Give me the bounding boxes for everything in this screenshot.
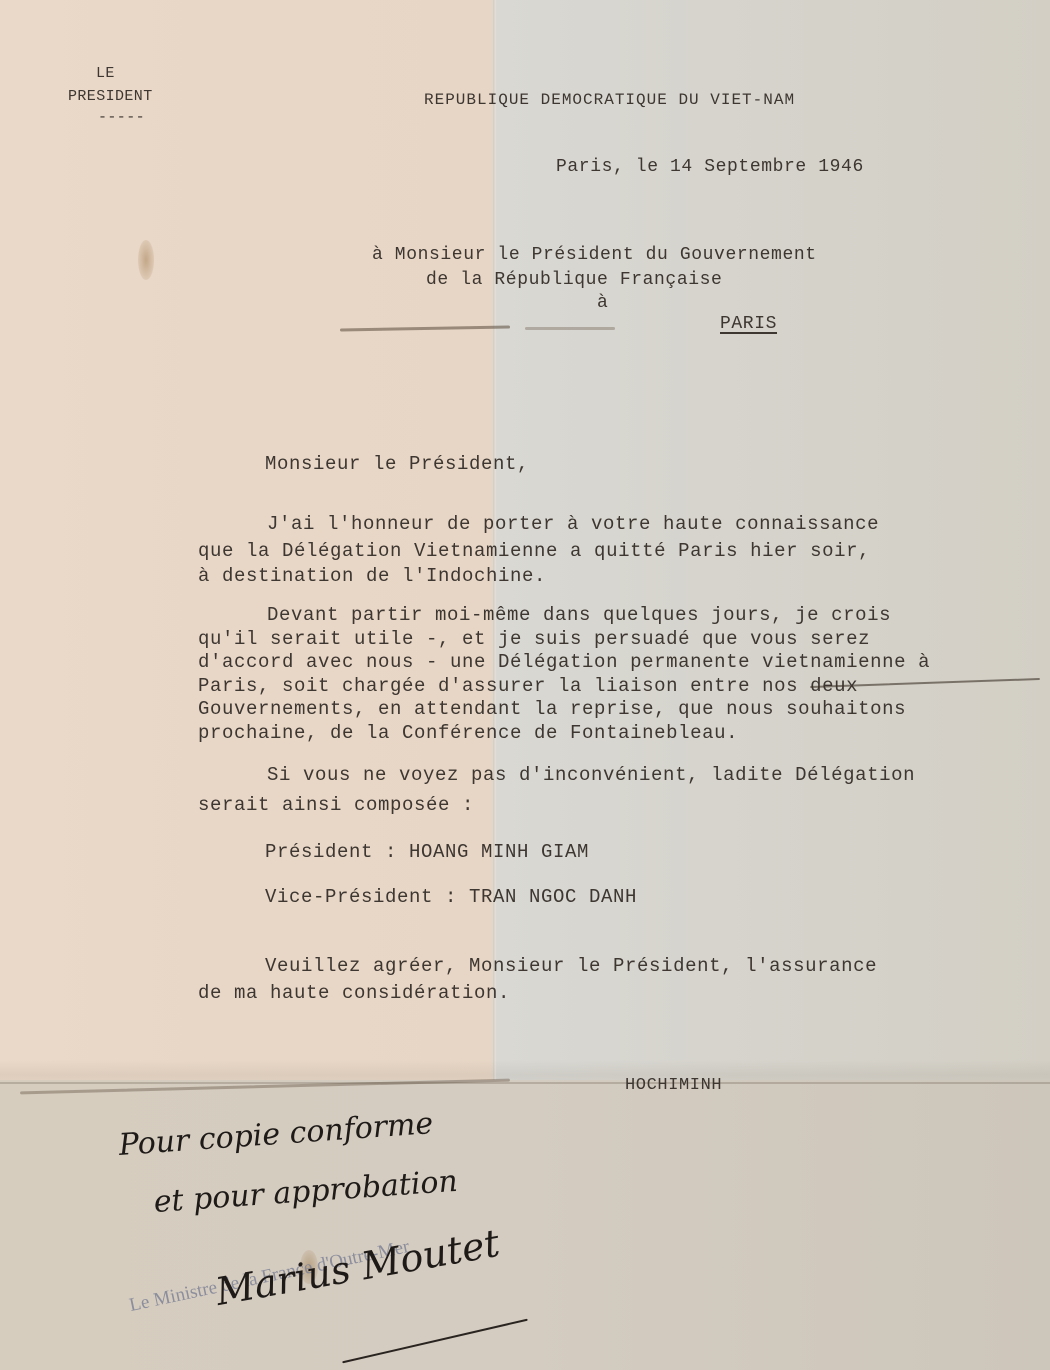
closing-line: Veuillez agréer, Monsieur le Président, …: [265, 957, 877, 976]
body-line: J'ai l'honneur de porter à votre haute c…: [267, 515, 879, 534]
body-line: qu'il serait utile -, et je suis persuad…: [198, 630, 870, 649]
recipient-line2: de la République Française: [426, 271, 722, 289]
delegation-vice-president: Vice-Président : TRAN NGOC DANH: [265, 888, 637, 907]
typed-signature: HOCHIMINH: [625, 1077, 722, 1094]
body-line: Gouvernements, en attendant la reprise, …: [198, 700, 906, 719]
republic-heading: REPUBLIQUE DEMOCRATIQUE DU VIET-NAM: [424, 92, 795, 108]
body-line: que la Délégation Vietnamienne a quitté …: [198, 542, 870, 561]
sender-title-line2: PRESIDENT: [68, 89, 153, 104]
body-line: Si vous ne voyez pas d'inconvénient, lad…: [267, 766, 915, 785]
body-line: Paris, soit chargée d'assurer la liaison…: [198, 677, 858, 696]
salutation: Monsieur le Président,: [265, 455, 529, 474]
body-line: Devant partir moi-même dans quelques jou…: [267, 606, 891, 625]
recipient-city: PARIS: [720, 315, 777, 333]
torn-crease: [525, 327, 615, 330]
delegation-president: Président : HOANG MINH GIAM: [265, 843, 589, 862]
body-line: à destination de l'Indochine.: [198, 567, 546, 586]
paper-stain: [138, 240, 154, 280]
recipient-line1: à Monsieur le Président du Gouvernement: [372, 246, 817, 264]
horizontal-fold: [0, 1082, 1050, 1084]
lower-paper-panel: [0, 1080, 1050, 1370]
body-line: serait ainsi composée :: [198, 796, 474, 815]
dateline: Paris, le 14 Septembre 1946: [556, 158, 864, 176]
sender-rule: -----: [98, 110, 145, 125]
body-line: prochaine, de la Conférence de Fontaineb…: [198, 724, 738, 743]
recipient-line3: à: [597, 294, 608, 312]
body-line: d'accord avec nous - une Délégation perm…: [198, 653, 930, 672]
closing-line: de ma haute considération.: [198, 984, 510, 1003]
sender-title-line1: LE: [96, 66, 115, 81]
